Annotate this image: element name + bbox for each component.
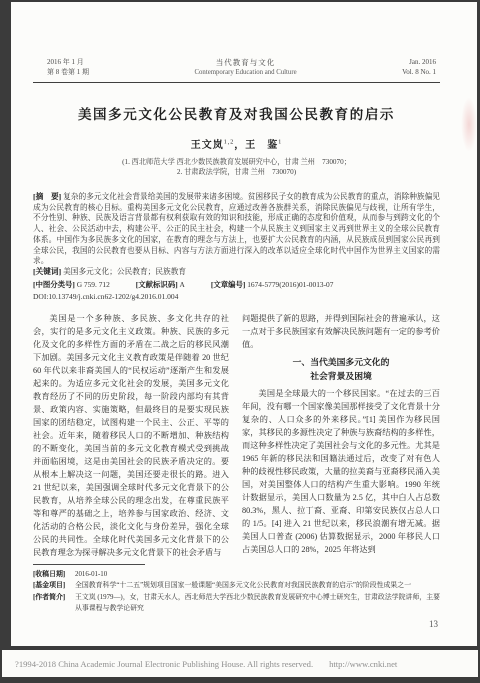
author-name-2: 王 鉴 [245,140,278,151]
footnote-fund-value: 全国教育科学“十二五”规划项目国家一般课题“美国多元文化公民教育对我国民族教育的… [75,580,440,592]
journal-name-cn: 当代教育与文化 [89,58,402,68]
footnote-bio: [作者简介] 王文岚 (1979—)，女，甘肃天水人，西北师范大学西北少数民族教… [33,592,440,615]
footnotes: [收稿日期] 2016-01-10 [基金项目] 全国教育科学“十二五”规划项目… [33,564,440,615]
cnki-copyright-strip: ?1994-2018 China Academic Journal Electr… [2,650,478,677]
body-columns: 美国是一个多种族、多民族、多文化共存的社会，实行的是多元文化主义政策。种族、民族… [33,312,440,560]
keywords-label: [关键词] [33,267,63,276]
affiliations: (1. 西北师范大学 西北少数民族教育发展研究中心，甘肃 兰州 730070； … [33,157,440,177]
issue-date-en: Jan. 2016 [402,58,436,68]
journal-page: 2016 年 1 月 第 8 卷第 1 期 当代教育与文化 Contempora… [11,2,477,646]
issue-vol-cn: 第 8 卷第 1 期 [47,68,89,78]
section-heading: 一、当代美国多元文化的 社会背景及困境 [242,355,440,384]
footnote-fund: [基金项目] 全国教育科学“十二五”规划项目国家一般课题“美国多元文化公民教育对… [33,580,440,592]
body-paragraph-right: 美国是全球最大的一个移民国家。“在过去的三百年间，没有哪一个国家像美国那样接受了… [242,387,440,557]
meta-spacer [185,280,211,291]
footnote-fund-label: [基金项目] [33,580,75,592]
header-divider-line [33,82,440,83]
body-column-right: 问题提供了新的思路，并得到国际社会的普遍承认，这一点对于多民族国家有效解决民族问… [242,312,440,560]
section-heading-line-1: 一、当代美国多元文化的 [242,355,440,370]
abstract-label: [摘 要] [33,192,63,201]
body-column-left: 美国是一个多种族、多民族、多文化共存的社会，实行的是多元文化主义政策。种族、民族… [33,312,229,560]
footnote-received-label: [收稿日期] [33,569,75,581]
author-affil-sup-2: 1 [278,140,282,146]
clc-label: [中图分类号] [33,280,77,289]
article-id-label: [文章编号] [211,280,247,289]
issue-vol-en: Vol. 8 No. 1 [402,68,436,78]
section-heading-line-2: 社会背景及困境 [242,369,440,384]
article-id-value: 1674-5779(2016)01-0013-07 [247,280,333,289]
author-affil-sup-1: 1,2 [224,140,235,146]
journal-name-block: 当代教育与文化 Contemporary Education and Cultu… [89,58,402,77]
doi: DOI:10.13749/j.cnki.cn62-1202/g4.2016.01… [33,292,440,303]
body-paragraph-left: 美国是一个多种族、多民族、多文化共存的社会，实行的是多元文化主义政策。种族、民族… [33,312,229,560]
doc-code-label: [文献标识码] [136,280,180,289]
keywords: [关键词] 美国多元文化；公民教育；民族教育 [33,267,440,278]
meta-spacer [110,280,136,291]
author-separator: ， [234,140,245,151]
article-title: 美国多元文化公民教育及对我国公民教育的启示 [33,103,440,123]
footnote-received-value: 2016-01-10 [75,569,440,581]
author-name-1: 王文岚 [191,140,224,151]
classification-line: [中图分类号] G 759. 712 [文献标识码] A [文章编号] 1674… [33,280,440,291]
affiliation-line-2: 2. 甘肃政法学院，甘肃 兰州 730070) [33,167,440,177]
clc-segment: [中图分类号] G 759. 712 [33,280,110,291]
body-paragraph-continuation: 问题提供了新的思路，并得到国际社会的普遍承认，这一点对于多民族国家有效解决民族问… [242,312,440,351]
abstract-text: 复杂的多元文化社会背景给美国的发展带来诸多困境。贫困移民子女的教育成为公民教育的… [33,192,440,265]
red-smudge-mark [461,97,477,152]
cnki-url: http://www.cnki.net [329,659,397,669]
doc-code-segment: [文献标识码] A [136,280,185,291]
affiliation-line-1: (1. 西北师范大学 西北少数民族教育发展研究中心，甘肃 兰州 730070； [33,157,440,167]
issue-date-cn: 2016 年 1 月 [47,58,89,68]
header-issue-cn: 2016 年 1 月 第 8 卷第 1 期 [47,58,89,77]
scanned-journal-page-viewer: { "journal": { "issue_date_cn": "2016 年 … [0,0,480,683]
footnote-bio-value: 王文岚 (1979—)，女，甘肃天水人，西北师范大学西北少数民族教育发展研究中心… [75,592,440,615]
abstract: [摘 要] 复杂的多元文化社会背景给美国的发展带来诸多困境。贫困移民子女的教育成… [33,192,440,267]
footnote-bio-label: [作者简介] [33,592,75,615]
journal-header: 2016 年 1 月 第 8 卷第 1 期 当代教育与文化 Contempora… [33,58,440,77]
copyright-text: ?1994-2018 China Academic Journal Electr… [15,659,313,669]
article-id-segment: [文章编号] 1674-5779(2016)01-0013-07 [211,280,334,291]
page-number: 13 [33,619,440,629]
keywords-text: 美国多元文化；公民教育；民族教育 [63,267,186,276]
authors-line: 王文岚1,2，王 鉴1 [33,136,440,151]
footnote-received: [收稿日期] 2016-01-10 [33,569,440,581]
footnote-divider-line [33,564,145,565]
header-issue-en: Jan. 2016 Vol. 8 No. 1 [402,58,436,77]
journal-name-en: Contemporary Education and Culture [89,68,402,78]
clc-value: G 759. 712 [77,280,110,289]
